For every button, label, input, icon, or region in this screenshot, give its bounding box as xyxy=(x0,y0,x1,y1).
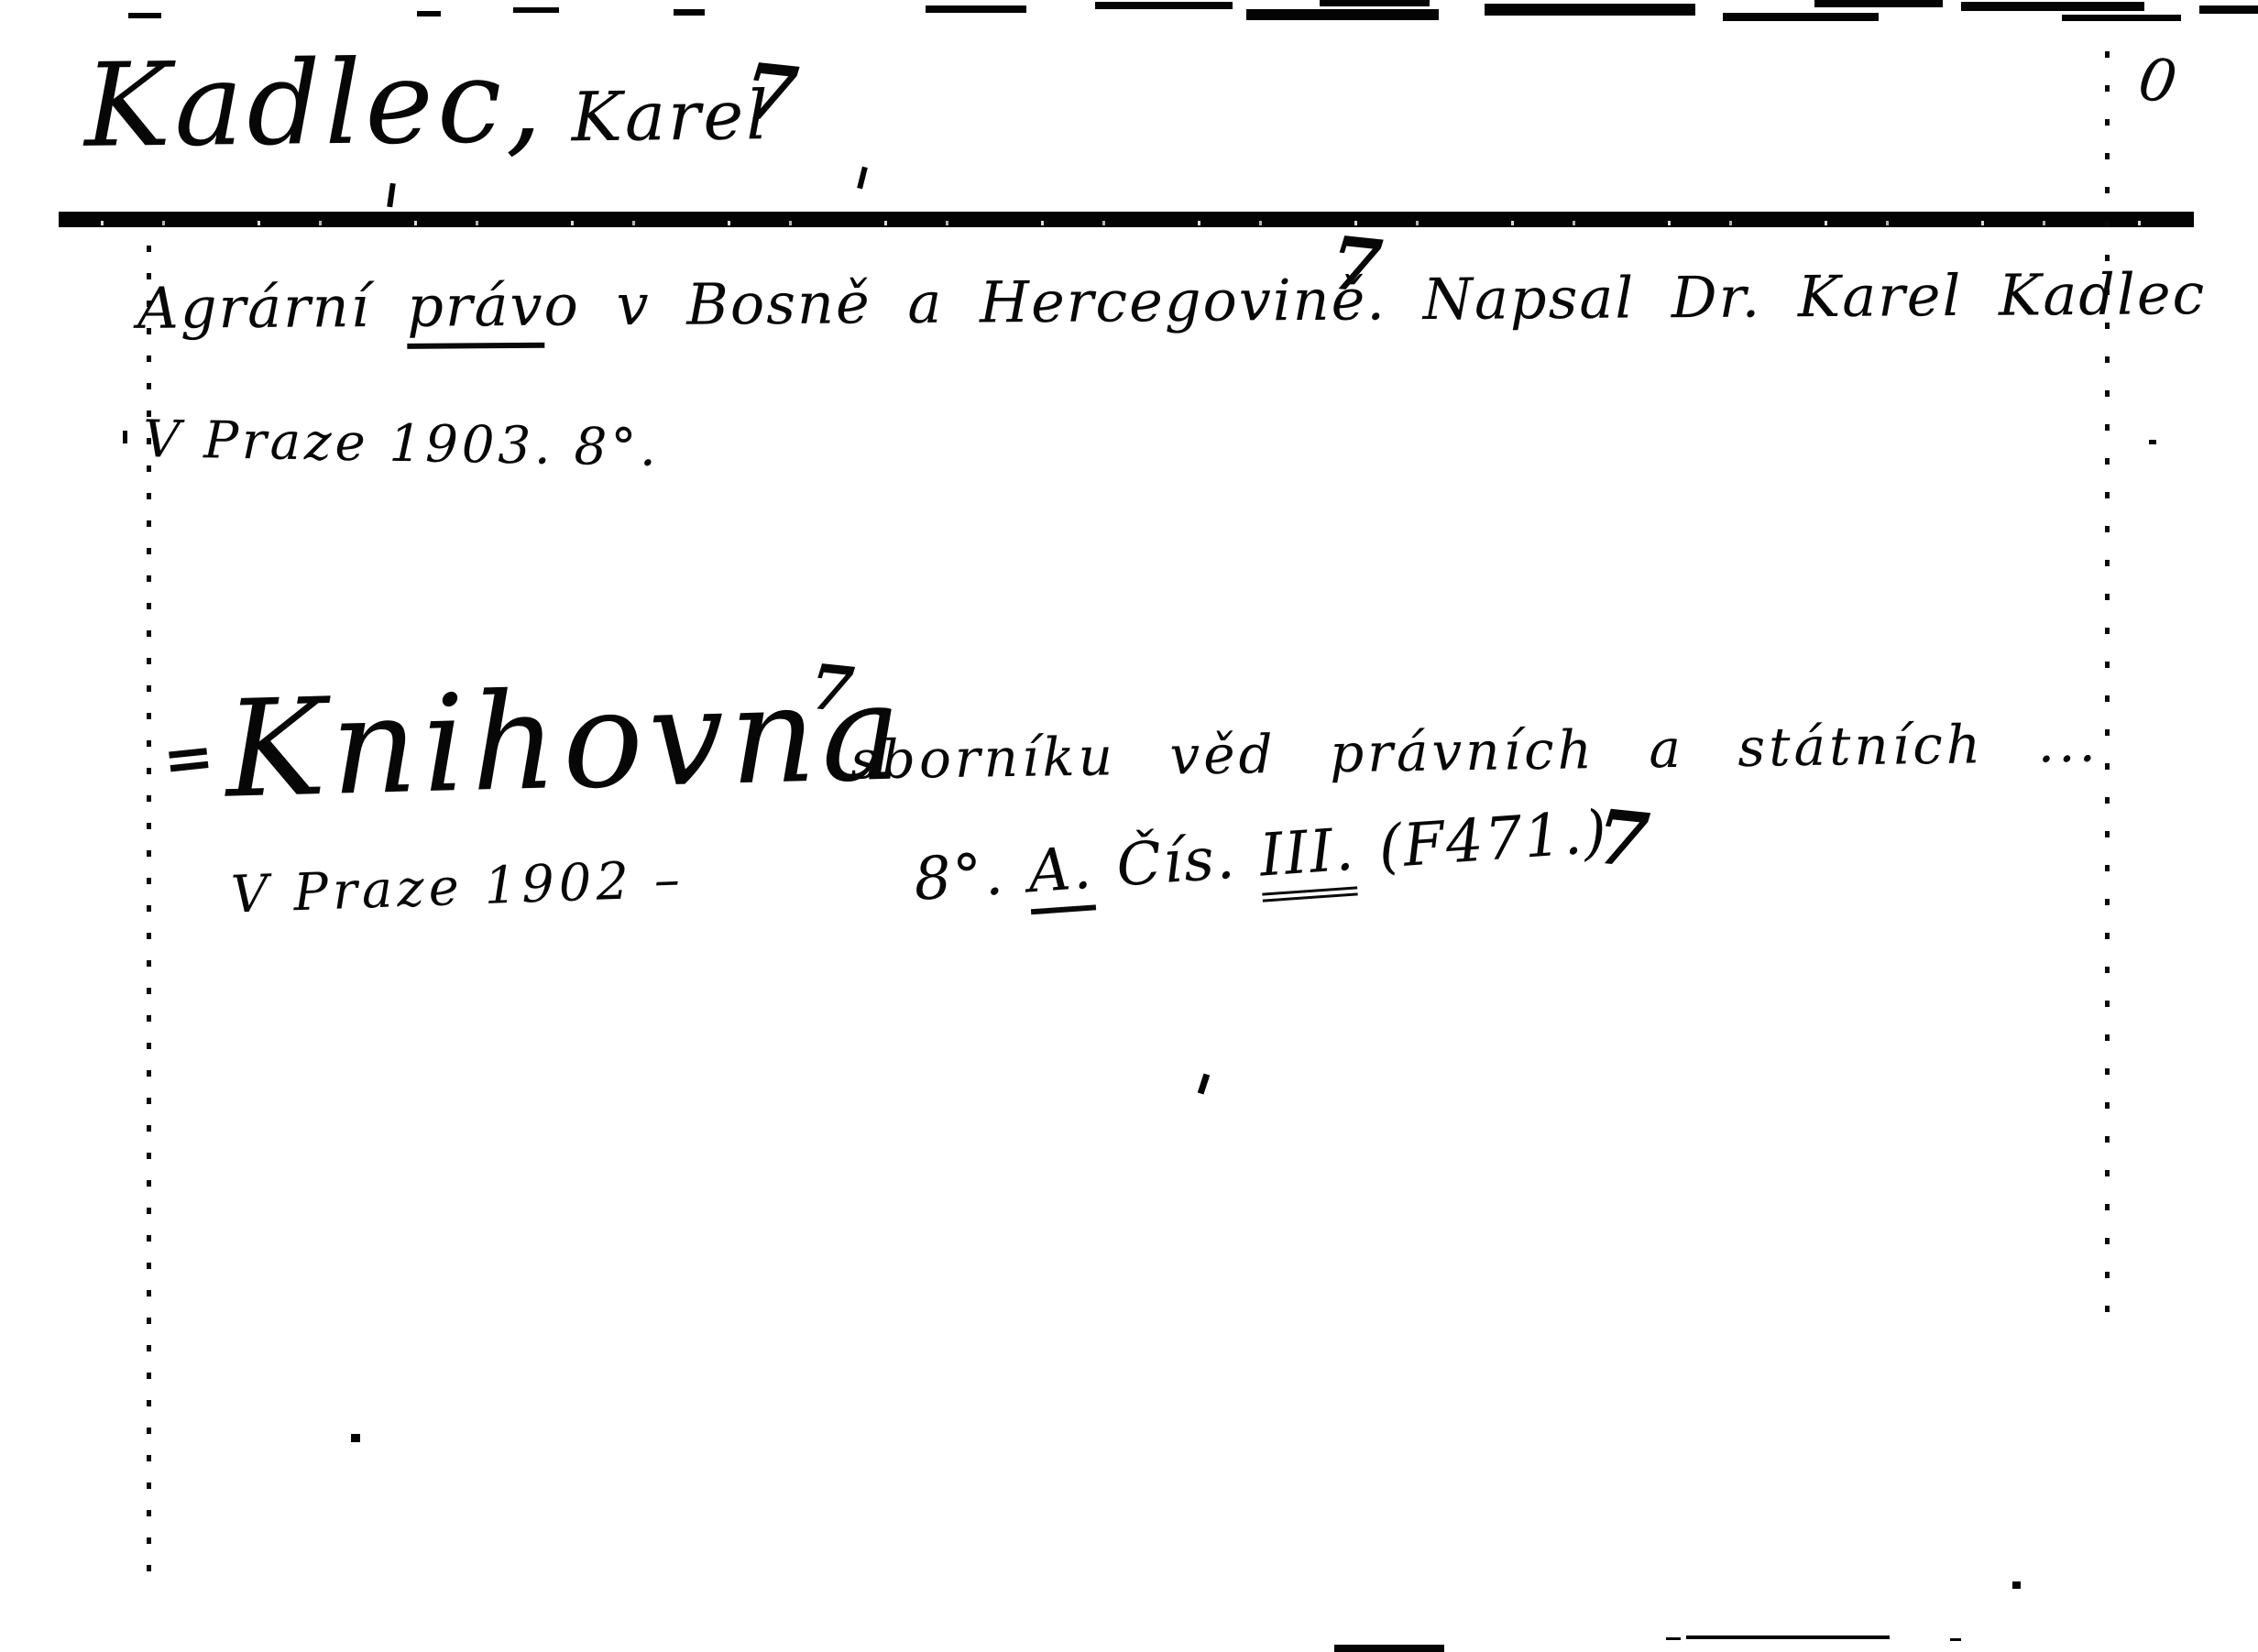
entry1-text-before: Agrární xyxy=(137,273,408,342)
issue-number: III. xyxy=(1257,816,1358,903)
shelfmark-line: 8°.A.Čís.III.(F471.) xyxy=(912,796,1635,914)
call-number: (F471.) xyxy=(1376,798,1610,881)
corner-page-number: 0 xyxy=(2134,46,2181,118)
entry1-imprint: V Praze 1903. 8°. xyxy=(142,410,660,478)
series-equals-sign: = xyxy=(159,719,217,795)
volume-letter: A. xyxy=(1026,835,1096,915)
series-subtitle: sborníku věd právních a státních ... xyxy=(850,711,2100,791)
proof-mark-header: 7 xyxy=(740,45,802,141)
heading-surname: Kadlec, xyxy=(83,34,546,173)
issue-label: Čís. xyxy=(1114,825,1238,901)
entry1-text-after: o v Bosně a Hercegovině. Napsal Dr. Kare… xyxy=(543,260,2206,339)
header-divider-rule xyxy=(59,212,2194,227)
series-title: Knihovna xyxy=(224,654,908,827)
catalog-card-scan: Kadlec, Karel 7 7 7 7 0 Agrární právo v … xyxy=(0,0,2258,1652)
right-margin-dotted-line xyxy=(2105,51,2110,1327)
heading-author: Kadlec, Karel xyxy=(83,31,771,173)
format-statement: 8°. xyxy=(912,840,1007,914)
series-place-date: V Praze 1902 – xyxy=(230,849,685,924)
entry1-underlined-word: práv xyxy=(407,272,544,349)
entry1-title-line: Agrární právo v Bosně a Hercegovině. Nap… xyxy=(137,260,2207,342)
